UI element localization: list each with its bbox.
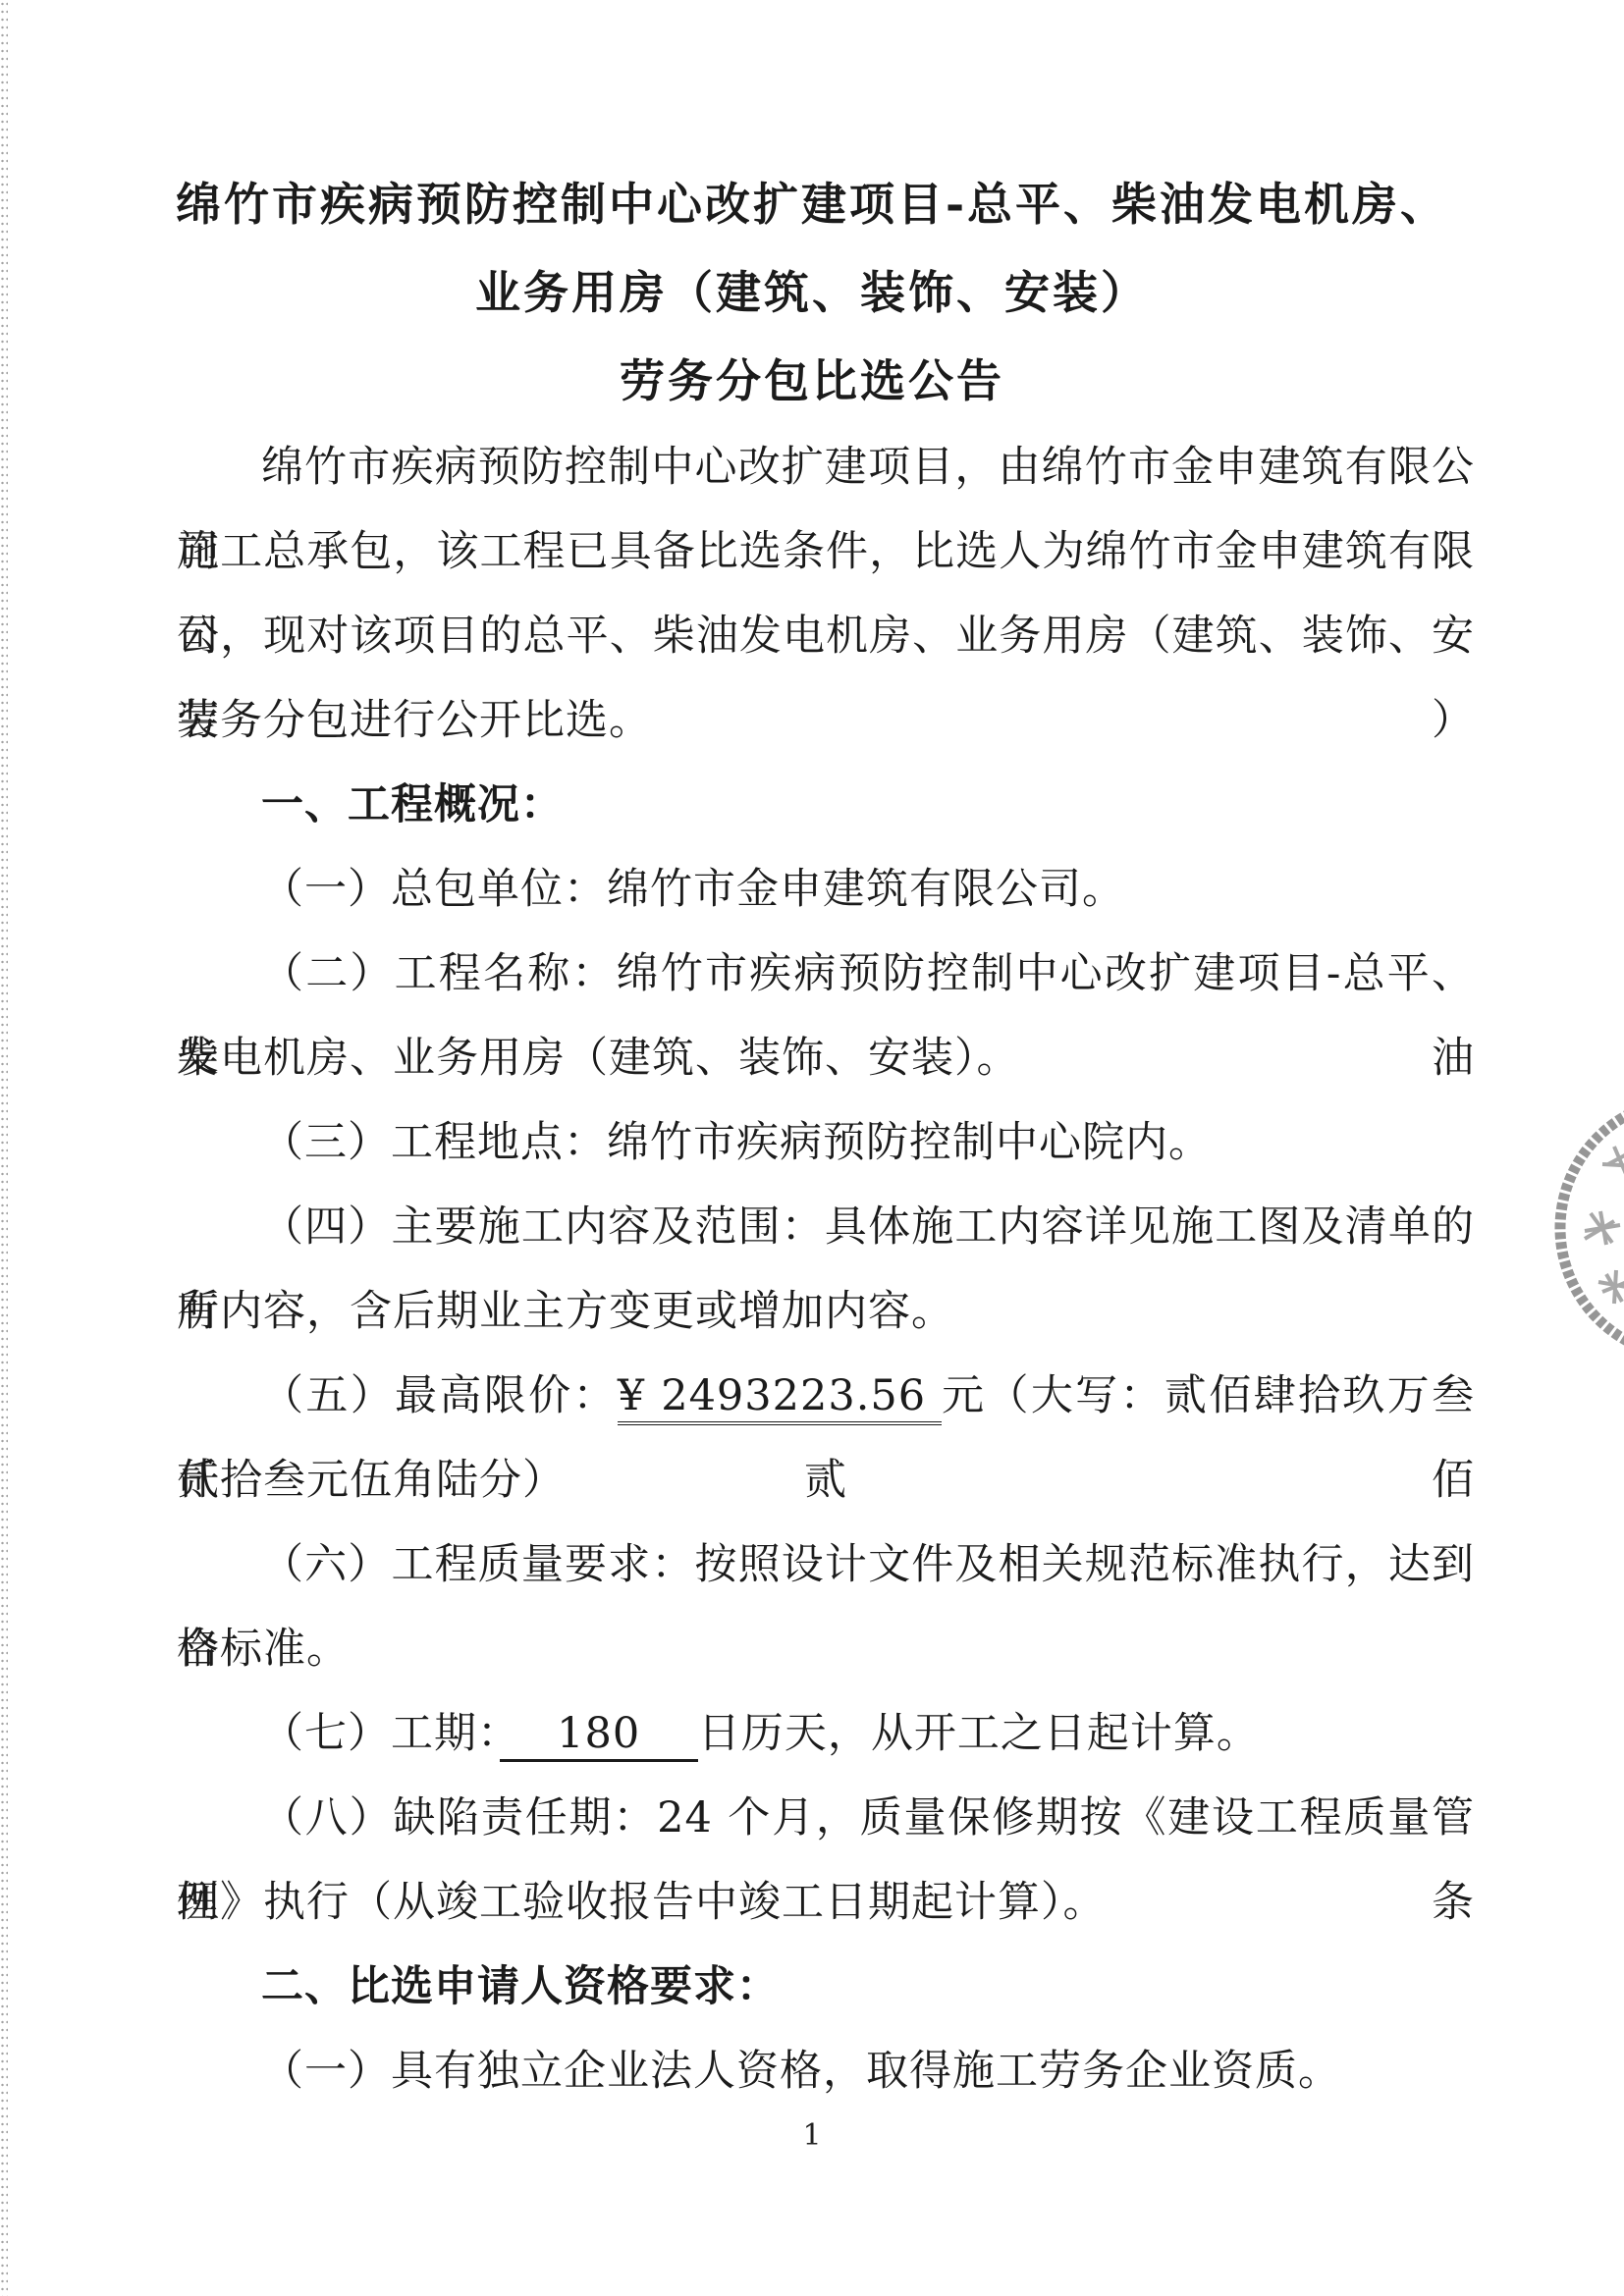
underlined-value: 180 [500,1709,698,1762]
body-text: （五）最高限价： [261,1371,618,1420]
underlined-value: ¥ 2493223.56 [618,1371,942,1425]
page-number: 1 [0,2118,1624,2153]
body-text: 日历天，从开工之日起计算。 [698,1709,1260,1758]
title-line: 业务用房（建筑、装饰、安装） [0,248,1624,337]
body-line: （五）最高限价：¥ 2493223.56 元（大写：贰佰肆拾玖万叁仟贰佰 [177,1354,1475,1438]
body-line: 二、比选申请人资格要求： [177,1945,1475,2029]
body-line: 有内容，含后期业主方变更或增加内容。 [177,1269,1475,1354]
document-title: 绵竹市疾病预防控制中心改扩建项目-总平、柴油发电机房、业务用房（建筑、装饰、安装… [0,160,1624,425]
body-line: （一）具有独立企业法人资格，取得施工劳务企业资质。 [177,2029,1475,2113]
body-line: 格标准。 [177,1607,1475,1691]
body-line: （四）主要施工内容及范围：具体施工内容详见施工图及清单的所 [177,1185,1475,1269]
title-line: 绵竹市疾病预防控制中心改扩建项目-总平、柴油发电机房、 [0,160,1624,248]
body-line: （三）工程地点：绵竹市疾病预防控制中心院内。 [177,1100,1475,1185]
body-text: （七）工期： [261,1709,500,1758]
body-line: （六）工程质量要求：按照设计文件及相关规范标准执行，达到合 [177,1522,1475,1607]
body-line: 司，现对该项目的总平、柴油发电机房、业务用房（建筑、装饰、安装） [177,594,1475,678]
company-seal-icon [1551,1088,1624,1368]
document-body: 绵竹市疾病预防控制中心改扩建项目，由绵竹市金申建筑有限公司施工总承包，该工程已具… [177,425,1475,2113]
body-line: 绵竹市疾病预防控制中心改扩建项目，由绵竹市金申建筑有限公司 [177,425,1475,509]
body-line: （七）工期： 180 日历天，从开工之日起计算。 [177,1691,1475,1776]
body-line: 施工总承包，该工程已具备比选条件，比选人为绵竹市金申建筑有限公 [177,509,1475,594]
body-line: （二）工程名称：绵竹市疾病预防控制中心改扩建项目-总平、柴油 [177,932,1475,1016]
body-line: （一）总包单位：绵竹市金申建筑有限公司。 [177,847,1475,932]
title-line: 劳务分包比选公告 [0,337,1624,425]
body-line: 一、工程概况： [177,763,1475,847]
document-page: 绵竹市疾病预防控制中心改扩建项目-总平、柴油发电机房、业务用房（建筑、装饰、安装… [0,0,1624,2296]
body-line: （八）缺陷责任期：24 个月，质量保修期按《建设工程质量管理条 [177,1776,1475,1860]
